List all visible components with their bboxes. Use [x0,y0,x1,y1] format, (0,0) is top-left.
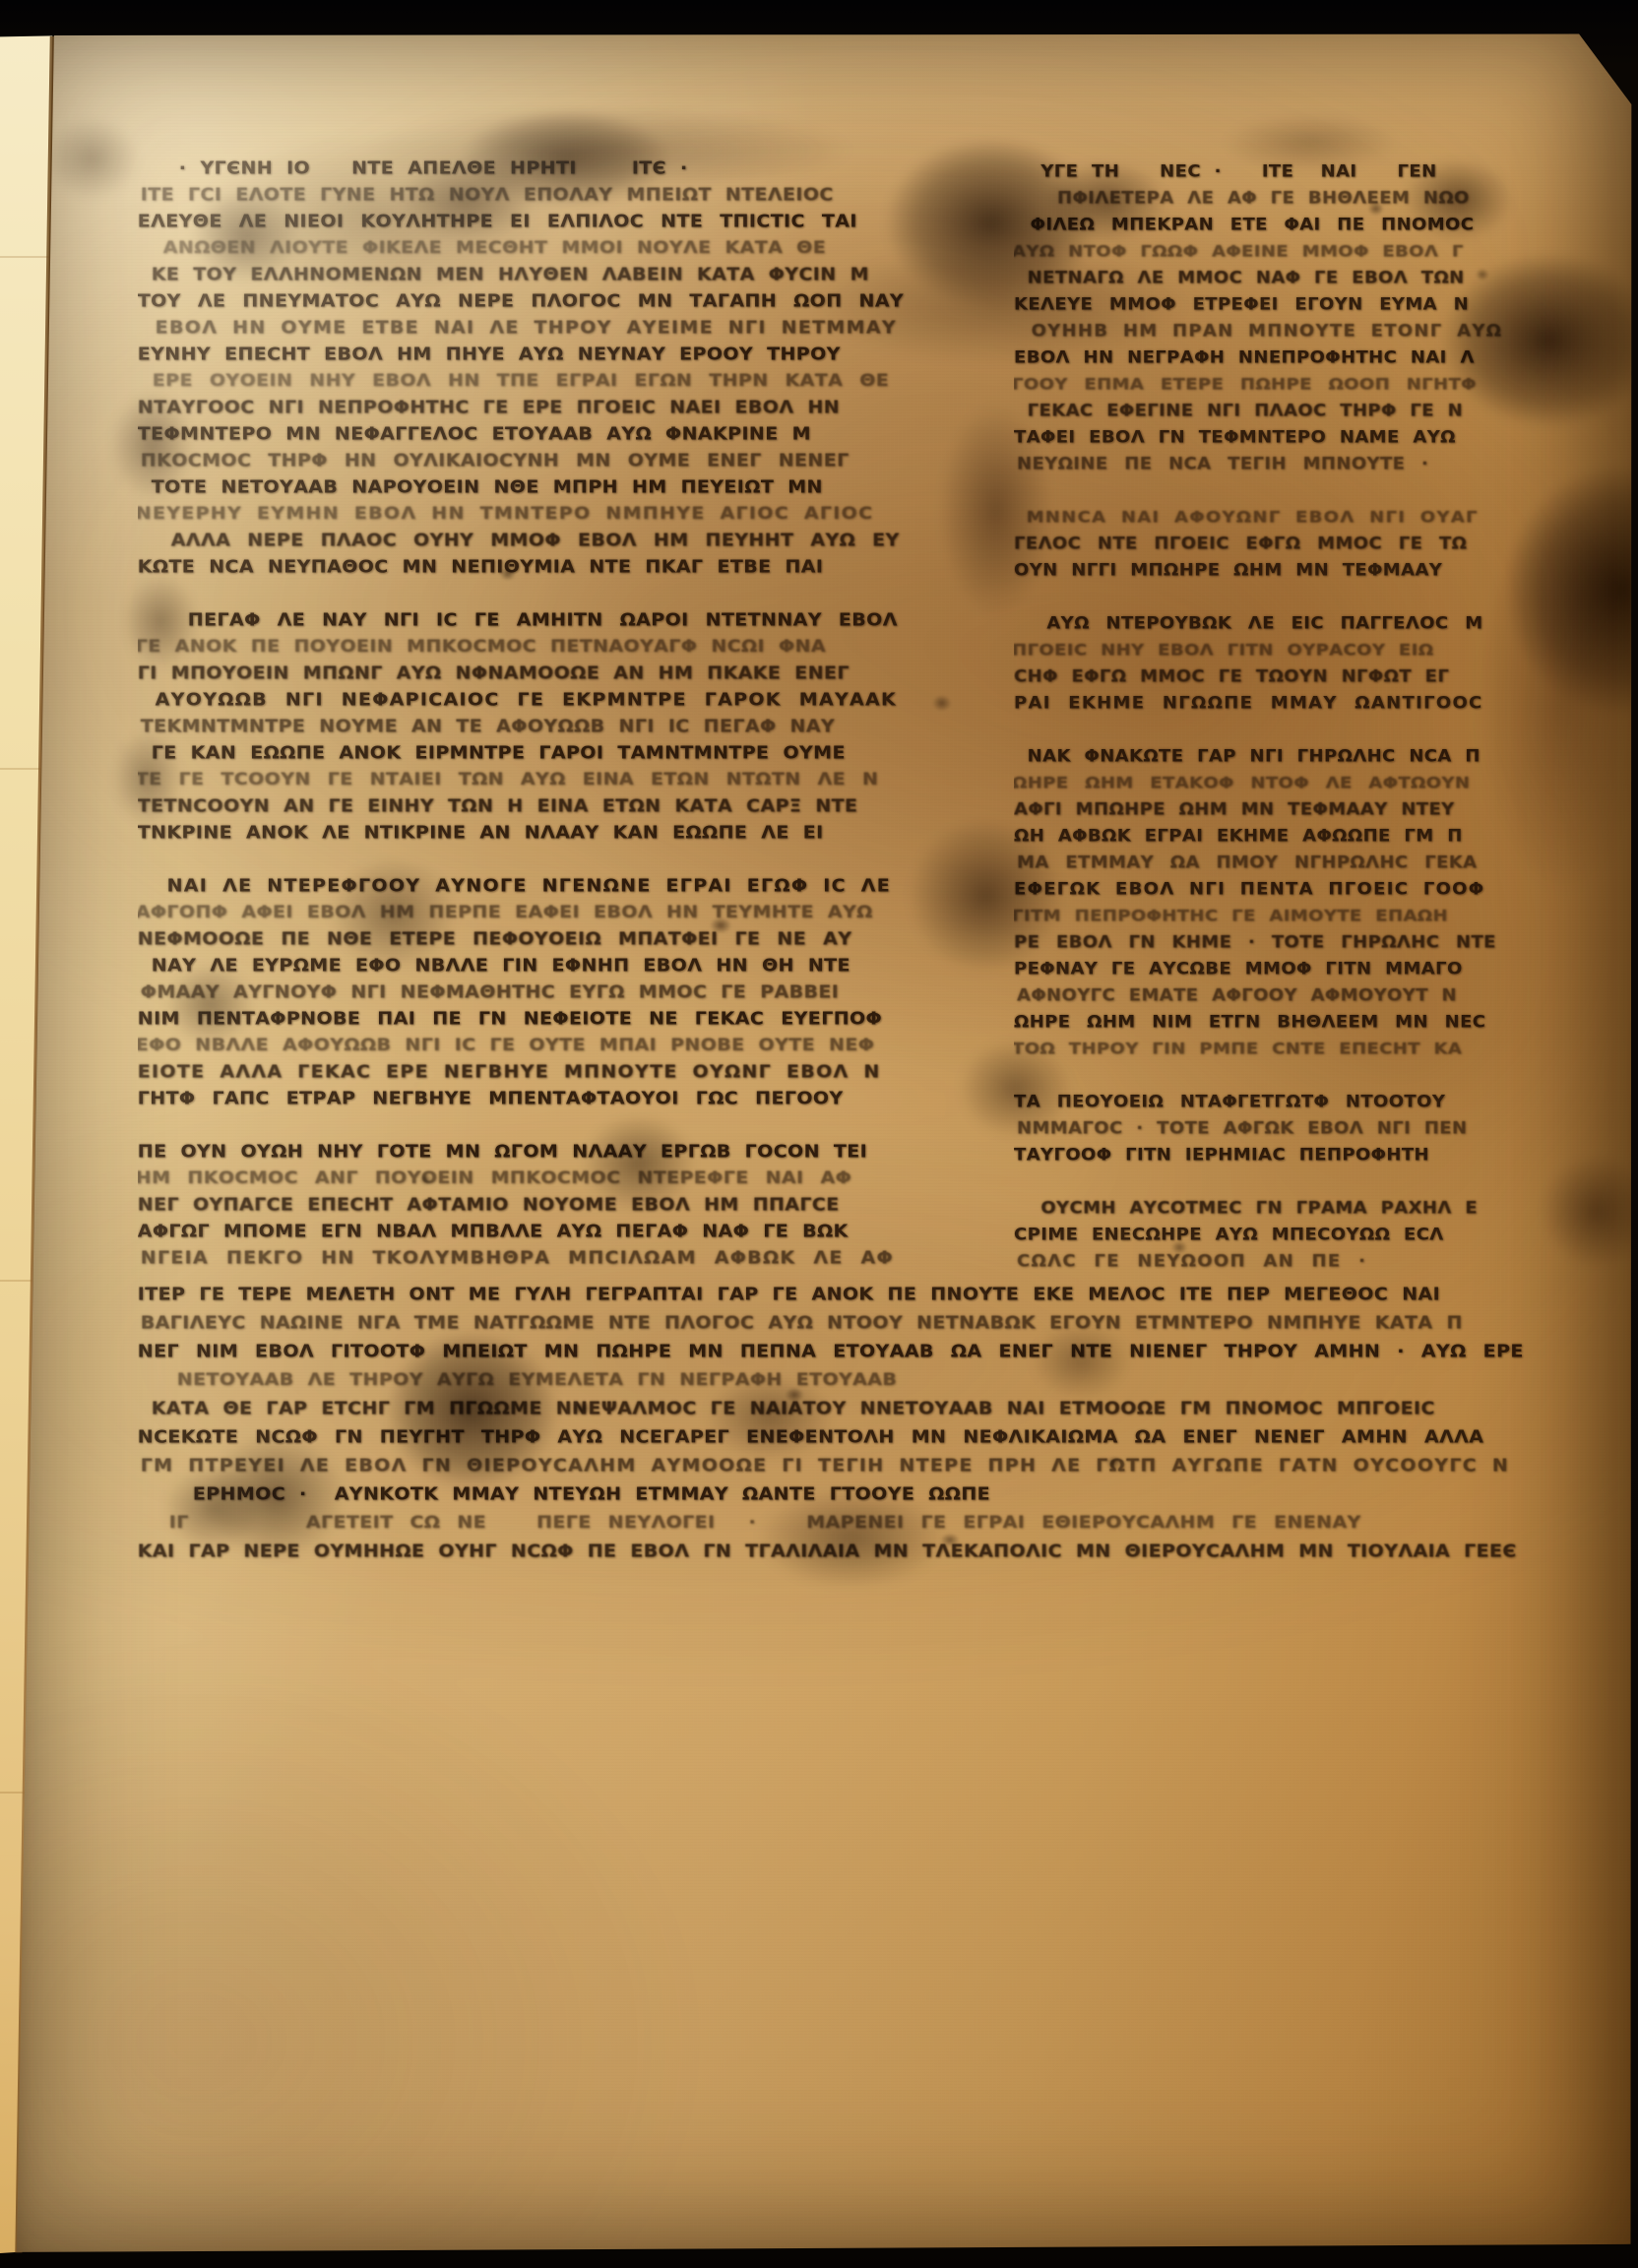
manuscript-text-line [1014,1065,1630,1090]
manuscript-text-line: ΝΕΤΟΥΑΑΒ ΛΕ ΤΗΡΟΥ ΑΥΓΩ ΕΥΜΕΛΕΤΑ ΓΝ ΝΕΓΡΑ… [138,1368,1630,1394]
manuscript-text-line: ΑΦΝΟΥΓC ΕΜΑΤΕ ΑΦΓΟΟΥ ΑΦΜΟΥΟΥΤ Ν [1017,985,1630,1010]
manuscript-text-line: ΝΜΜΑΓΟC · ΤΟΤΕ ΑΦΓΩΚ ΕΒΟΛ ΝΓΙ ΠΕΝ [1017,1118,1630,1143]
manuscript-text-line: ΚΑΤΑ ΘΕ ΓΑΡ ΕΤCΗΓ ΓΜ ΠΓΩΩΜΕ ΝΝΕΨΑΛΜΟC ΓΕ… [138,1397,1632,1423]
manuscript-text-line: ΤΟΩ ΤΗΡΟΥ ΓΙΝ ΡΜΠΕ CΝΤΕ ΕΠΕCΗΤ ΚΑ [1014,1039,1628,1062]
manuscript-text-line: ΝΑΥ ΛΕ ΕΥΡΩΜΕ ΕΦΟ ΝΒΛΛΕ ΓΙΝ ΕΦΝΗΠ ΕΒΟΛ Η… [138,955,986,979]
manuscript-text-line: ΟΥCΜΗ ΑΥCΟΤΜΕC ΓΝ ΓΡΑΜΑ ΡΑΧΗΛ Ε [1014,1198,1630,1223]
manuscript-text-line: ΦΜΑΑΥ ΑΥΓΝΟΥΦ ΝΓΙ ΝΕΦΜΑΘΗΤΗC ΕΥΓΩ ΜΜΟC Γ… [141,981,986,1006]
manuscript-text-line: ΟΥΗΗΒ ΗΜ ΠΡΑΝ ΜΠΝΟΥΤΕ ΕΤΟΝΓ ΑΥΩ [1017,321,1630,346]
manuscript-text-line: ΓΕ ΚΑΝ ΕΩΩΠΕ ΑΝΟΚ ΕΙΡΜΝΤΡΕ ΓΑΡΟΙ ΤΑΜΝΤΜΝ… [138,742,986,767]
manuscript-text-line: ΠΦΙΛΕΤΕΡΑ ΛΕ ΑΦ ΓΕ ΒΗΘΛΕΕΜ ΝΩΟ [1017,188,1630,213]
manuscript-text-line [1017,720,1630,744]
manuscript-text-line: ΤΑ ΠΕΟΥΟΕΙΩ ΝΤΑΦΓΕΤΓΩΤΦ ΝΤΟΟΤΟΥ [1014,1092,1630,1116]
manuscript-text-line: ΥΓΕ ΤΗ ΝΕC · ΙΤΕ ΝΑΙ ΓΕΝ [1014,161,1630,186]
manuscript-text-line: ΩΗΡΕ ΩΗΜ ΝΙΜ ΕΤΓΝ ΒΗΘΛΕΕΜ ΜΝ ΝΕC [1014,1012,1630,1037]
manuscript-text-line: ΑΥΩ ΝΤΟΦ ΓΩΩΦ ΑΦΕΙΝΕ ΜΜΟΦ ΕΒΟΛ Γ [1014,241,1628,265]
manuscript-text-line: ΓΙΤΜ ΠΕΠΡΟΦΗΤΗC ΓΕ ΑΙΜΟΥΤΕ ΕΠΑΩΗ [1014,906,1628,929]
manuscript-text-line: ΡΕΦΝΑΥ ΓΕ ΑΥCΩΒΕ ΜΜΟΦ ΓΙΤΝ ΜΜΑΓΟ [1014,959,1630,983]
manuscript-text-line: ΑΝΩΘΕΝ ΛΙΟΥΤΕ ΦΙΚΕΛΕ ΜΕCΘΗΤ ΜΜΟΙ ΝΟΥΛΕ Κ… [138,237,984,261]
manuscript-text-line: ΙΓ ΑΓΕΤΕΙΤ CΩ ΝΕ ΠΕΓΕ ΝΕΥΛΟΓΕΙ · ΜΑΡΕΝΕΙ… [138,1511,1630,1537]
manuscript-text-line: CΗΦ ΕΦΓΩ ΜΜΟC ΓΕ ΤΩΟΥΝ ΝΓΦΩΤ ΕΓ [1014,666,1630,691]
manuscript-text-line: ΝCΕΚΩΤΕ ΝCΩΦ ΓΝ ΠΕΥΓΗΤ ΤΗΡΦ ΑΥΩ ΝCΕΓΑΡΕΓ… [138,1425,1632,1452]
manuscript-text-line: ΡΕ ΕΒΟΛ ΓΝ ΚΗΜΕ · ΤΟΤΕ ΓΗΡΩΛΗC ΝΤΕ [1014,932,1630,957]
manuscript-text-line: ΝΕΤΝΑΓΩ ΛΕ ΜΜΟC ΝΑΦ ΓΕ ΕΒΟΛ ΤΩΝ [1014,268,1630,292]
manuscript-text-line: ΙΤΕΡ ΓΕ ΤΕΡΕ ΜΕΛΕΤΗ ΟΝΤ ΜΕ ΓΥΛΗ ΓΕΓΡΑΠΤΑ… [138,1283,1632,1309]
manuscript-text-line: ΑΦΓΟΠΦ ΑΦΕΙ ΕΒΟΛ ΗΜ ΠΕΡΠΕ ΕΑΦΕΙ ΕΒΟΛ ΗΝ … [138,902,984,925]
text-lower-block: ΙΤΕΡ ΓΕ ΤΕΡΕ ΜΕΛΕΤΗ ΟΝΤ ΜΕ ΓΥΛΗ ΓΕΓΡΑΠΤΑ… [138,1283,1632,1601]
manuscript-text-line: ΕΒΟΛ ΗΝ ΟΥΜΕ ΕΤΒΕ ΝΑΙ ΛΕ ΤΗΡΟΥ ΑΥΕΙΜΕ ΝΓ… [141,317,986,342]
manuscript-text-line: ΚΩΤΕ ΝCΑ ΝΕΥΠΑΘΟC ΜΝ ΝΕΠΙΘΥΜΙΑ ΝΤΕ ΠΚΑΓ … [138,556,986,581]
manuscript-text-line: ΝΕΓ ΟΥΠΑΓCΕ ΕΠΕCΗΤ ΑΦΤΑΜΙΟ ΝΟΥΟΜΕ ΕΒΟΛ Η… [138,1194,986,1219]
manuscript-text-line: ΩΗ ΑΦΒΩΚ ΕΓΡΑΙ ΕΚΗΜΕ ΑΦΩΩΠΕ ΓΜ Π [1014,826,1630,850]
manuscript-text-line: ΤΝΚΡΙΝΕ ΑΝΟΚ ΛΕ ΝΤΙΚΡΙΝΕ ΑΝ ΝΛΑΑΥ ΚΑΝ ΕΩ… [138,822,986,847]
manuscript-text-line: ΕΦΕΓΩΚ ΕΒΟΛ ΝΓΙ ΠΕΝΤΑ ΠΓΟΕΙC ΓΟΟΦ [1014,879,1630,904]
manuscript-text-line: ΚΕΛΕΥΕ ΜΜΟΦ ΕΤΡΕΦΕΙ ΕΓΟΥΝ ΕΥΜΑ Ν [1014,294,1630,319]
manuscript-text-line: ΓΕ ΑΝΟΚ ΠΕ ΠΟΥΟΕΙΝ ΜΠΚΟCΜΟC ΠΕΤΝΑΟΥΑΓΦ Ν… [138,636,984,660]
manuscript-text-line: ΜΝΝCΑ ΝΑΙ ΑΦΟΥΩΝΓ ΕΒΟΛ ΝΓΙ ΟΥΑΓ [1014,507,1628,531]
manuscript-text-line: ΤΕΚΜΝΤΜΝΤΡΕ ΝΟΥΜΕ ΑΝ ΤΕ ΑΦΟΥΩΩΒ ΝΓΙ ΙC Π… [141,716,986,740]
manuscript-text-line: ΝΑΚ ΦΝΑΚΩΤΕ ΓΑΡ ΝΓΙ ΓΗΡΩΛΗC ΝCΑ Π [1014,746,1630,771]
manuscript-text-line: ΕΡΗΜΟC · ΑΥΝΚΟΤΚ ΜΜΑΥ ΝΤΕΥΩΗ ΕΤΜΜΑΥ ΩΑΝΤ… [138,1482,1632,1509]
manuscript-text-line: ΤΕΤΝCΟΟΥΝ ΑΝ ΓΕ ΕΙΝΗΥ ΤΩΝ Η ΕΙΝΑ ΕΤΩΝ ΚΑ… [138,795,986,820]
manuscript-text-line: · ΥΓЄΝΗ ΙΟ ΝΤΕ ΑΠΕΛΘΕ ΗΡΗΤΙ ΙΤЄ · [138,157,986,182]
manuscript-text-line: ΓΙ ΜΠΟΥΟΕΙΝ ΜΠΩΝΓ ΑΥΩ ΝΦΝΑΜΟΟΩΕ ΑΝ ΗΜ ΠΚ… [138,662,986,687]
manuscript-text-line: ΕΦΟ ΝΒΛΛΕ ΑΦΟΥΩΩΒ ΝΓΙ ΙC ΓΕ ΟΥΤΕ ΜΠΑΙ ΡΝ… [138,1035,984,1058]
manuscript-text-line: ΝΙΜ ΠΕΝΤΑΦΡΝΟΒΕ ΠΑΙ ΠΕ ΓΝ ΝΕΦΕΙΟΤΕ ΝΕ ΓΕ… [138,1008,986,1033]
manuscript-text-line: ΕΥΝΗΥ ΕΠΕCΗΤ ΕΒΟΛ ΗΜ ΠΗΥΕ ΑΥΩ ΝΕΥΝΑΥ ΕΡΟ… [138,344,986,368]
manuscript-text-line: ΠΓΟΕΙC ΝΗΥ ΕΒΟΛ ΓΙΤΝ ΟΥΡΑCΟΥ ΕΙΩ [1014,640,1628,663]
manuscript-text-line: ΝΕΥΕΡΗΥ ΕΥΜΗΝ ΕΒΟΛ ΗΝ ΤΜΝΤΕΡΟ ΝΜΠΗΥΕ ΑΓΙ… [138,503,984,527]
manuscript-page: · ΥΓЄΝΗ ΙΟ ΝΤΕ ΑΠΕΛΘΕ ΗΡΗΤΙ ΙΤЄ ·ΙΤΕ ΓCΙ… [0,0,1638,2268]
photo-stage: · ΥΓЄΝΗ ΙΟ ΝΤΕ ΑΠΕΛΘΕ ΗΡΗΤΙ ΙΤЄ ·ΙΤΕ ΓCΙ… [0,0,1638,2268]
manuscript-text-line: ΜΑ ΕΤΜΜΑΥ ΩΑ ΠΜΟΥ ΝΓΗΡΩΛΗC ΓΕΚΑ [1017,852,1630,877]
manuscript-text-line: ΕΡΕ ΟΥΟΕΙΝ ΝΗΥ ΕΒΟΛ ΗΝ ΤΠΕ ΕΓΡΑΙ ΕΓΩΝ ΤΗ… [138,370,984,394]
manuscript-text-line: ΑΥΟΥΩΩΒ ΝΓΙ ΝΕΦΑΡΙCΑΙΟC ΓΕ ΕΚΡΜΝΤΡΕ ΓΑΡΟ… [138,689,986,714]
manuscript-text-line [1017,587,1630,611]
manuscript-text-line: CΩΛC ΓΕ ΝΕΥΩΟΟΠ ΑΝ ΠΕ · [1017,1251,1630,1276]
manuscript-text-line: ΑΦΓΙ ΜΠΩΗΡΕ ΩΗΜ ΜΝ ΤΕΦΜΑΑΥ ΝΤΕΥ [1014,799,1630,824]
manuscript-text-line [141,849,986,873]
manuscript-text-line: ΟΥΝ ΝΓΓΙ ΜΠΩΗΡΕ ΩΗΜ ΜΝ ΤΕΦΜΑΑΥ [1014,560,1630,585]
manuscript-text-line: ΦΙΛΕΩ ΜΠΕΚΡΑΝ ΕΤΕ ΦΑΙ ΠΕ ΠΝΟΜΟC [1014,215,1630,239]
manuscript-text-line: ΤΕ ΓΕ ΤCΟΟΥΝ ΓΕ ΝΤΑΙΕΙ ΤΩΝ ΑΥΩ ΕΙΝΑ ΕΤΩΝ… [138,769,984,792]
manuscript-text-line: ΚΑΙ ΓΑΡ ΝΕΡΕ ΟΥΜΗΗΩΕ ΟΥΗΓ ΝCΩΦ ΠΕ ΕΒΟΛ Γ… [138,1540,1632,1566]
manuscript-text-line: ΤΕΦΜΝΤΕΡΟ ΜΝ ΝΕΦΑΓΓΕΛΟC ΕΤΟΥΑΑΒ ΑΥΩ ΦΝΑΚ… [138,423,986,448]
manuscript-text-line [141,1114,986,1139]
manuscript-text-line: ΝΤΑΥΓΟΟC ΝΓΙ ΝΕΠΡΟΦΗΤΗC ΓΕ ΕΡΕ ΠΓΟΕΙC ΝΑ… [138,397,986,421]
manuscript-text-line: ΕΒΟΛ ΗΝ ΝΕΓΡΑΦΗ ΝΝΕΠΡΟΦΗΤΗC ΝΑΙ Λ [1014,347,1630,372]
manuscript-text-line: ΝΑΙ ΛΕ ΝΤΕΡΕΦΓΟΟΥ ΑΥΝΟΓΕ ΝΓΕΝΩΝΕ ΕΓΡΑΙ Ε… [138,875,986,900]
manuscript-text-line: ΠΕΓΑΦ ΛΕ ΝΑΥ ΝΓΙ ΙC ΓΕ ΑΜΗΙΤΝ ΩΑΡΟΙ ΝΤΕΤ… [138,609,986,634]
manuscript-text-line: ΙΤΕ ΓCΙ ΕΛΟΤΕ ΓΥΝΕ ΗΤΩ ΝΟΥΛ ΕΠΟΛΑΥ ΜΠΕΙΩ… [141,184,986,209]
manuscript-text-line: ΤΑΥΓΟΟΦ ΓΙΤΝ ΙΕΡΗΜΙΑC ΠΕΠΡΟΦΗΤΗ [1014,1145,1630,1169]
manuscript-text-line: ΝΕΦΜΟΟΩΕ ΠΕ ΝΘΕ ΕΤΕΡΕ ΠΕΦΟΥΟΕΙΩ ΜΠΑΤΦΕΙ … [138,928,986,953]
text-left-column: · ΥΓЄΝΗ ΙΟ ΝΤΕ ΑΠΕΛΘΕ ΗΡΗΤΙ ΙΤЄ ·ΙΤΕ ΓCΙ… [138,157,986,1291]
manuscript-text-line: ΡΑΙ ΕΚΗΜΕ ΝΓΩΩΠΕ ΜΜΑΥ ΩΑΝΤΙΓΟΟC [1014,693,1630,718]
manuscript-text-line: ΤΑΦΕΙ ΕΒΟΛ ΓΝ ΤΕΦΜΝΤΕΡΟ ΝΑΜΕ ΑΥΩ [1014,427,1630,452]
manuscript-text-line: ΓΕΚΑC ΕΦΕΓΙΝΕ ΝΓΙ ΠΛΑΟC ΤΗΡΦ ΓΕ Ν [1014,401,1630,425]
manuscript-text-line: ΒΑΓΙΛΕΥC ΝΑΩΙΝΕ ΝΓΑ ΤΜΕ ΝΑΤΓΩΩΜΕ ΝΤΕ ΠΛΟ… [141,1311,1632,1338]
manuscript-text-line: ΕΙΟΤΕ ΑΛΛΑ ΓΕΚΑC ΕΡΕ ΝΕΓΒΗΥΕ ΜΠΝΟΥΤΕ ΟΥΩ… [138,1061,986,1086]
manuscript-text-line: ΓΗΤΦ ΓΑΠC ΕΤΡΑΡ ΝΕΓΒΗΥΕ ΜΠΕΝΤΑΦΤΑΟΥΟΙ ΓΩ… [138,1088,986,1112]
manuscript-text-line: ΠΕ ΟΥΝ ΟΥΩΗ ΝΗΥ ΓΟΤΕ ΜΝ ΩΓΟΜ ΝΛΑΑΥ ΕΡΓΩΒ… [138,1141,986,1165]
manuscript-text-line: ΩΗΡΕ ΩΗΜ ΕΤΑΚΟΦ ΝΤΟΦ ΛΕ ΑΦΤΩΟΥΝ [1014,773,1628,796]
manuscript-text-line: ΕΛΕΥΘΕ ΛΕ ΝΙΕΟΙ ΚΟΥΛΗΤΗΡΕ ΕΙ ΕΛΠΙΛΟC ΝΤΕ… [138,211,986,235]
manuscript-text-line: ΓΕΛΟC ΝΤΕ ΠΓΟΕΙC ΕΦΓΩ ΜΜΟC ΓΕ ΤΩ [1014,534,1630,558]
manuscript-text-line: ΤΟΤΕ ΝΕΤΟΥΑΑΒ ΝΑΡΟΥΟΕΙΝ ΝΘΕ ΜΠΡΗ ΗΜ ΠΕΥΕ… [138,476,986,501]
manuscript-text-line: ΗΜ ΠΚΟCΜΟC ΑΝΓ ΠΟΥΟΕΙΝ ΜΠΚΟCΜΟC ΝΤΕΡΕΦΓΕ… [138,1167,984,1191]
manuscript-text-line: ΝΕΓ ΝΙΜ ΕΒΟΛ ΓΙΤΟΟΤΦ ΜΠΕΙΩΤ ΜΝ ΠΩΗΡΕ ΜΝ … [138,1340,1632,1366]
manuscript-text-line [1014,480,1630,505]
manuscript-text-line: ΑΥΩ ΝΤΕΡΟΥΒΩΚ ΛΕ ΕΙC ΠΑΓΓΕΛΟC Μ [1014,613,1630,638]
manuscript-text-line: ΤΟΥ ΛΕ ΠΝΕΥΜΑΤΟC ΑΥΩ ΝΕΡΕ ΠΛΟΓΟC ΜΝ ΤΑΓΑ… [138,290,986,315]
text-right-column: ΥΓΕ ΤΗ ΝΕC · ΙΤΕ ΝΑΙ ΓΕΝ ΠΦΙΛΕΤΕΡΑ ΛΕ ΑΦ… [1014,161,1630,1295]
manuscript-text-line: ΝΓΕΙΑ ΠΕΚΓΟ ΗΝ ΤΚΟΛΥΜΒΗΘΡΑ ΜΠCΙΛΩΑΜ ΑΦΒΩ… [141,1247,986,1272]
manuscript-text-line: ΠΚΟCΜΟC ΤΗΡΦ ΗΝ ΟΥΛΙΚΑΙΟCΥΝΗ ΜΝ ΟΥΜΕ ΕΝΕ… [141,450,986,474]
manuscript-text-line: ΚΕ ΤΟΥ ΕΛΛΗΝΟΜΕΝΩΝ ΜΕΝ ΗΛΥΘΕΝ ΛΑΒΕΙΝ ΚΑΤ… [138,264,986,288]
manuscript-text-line: CΡΙΜΕ ΕΝΕCΩΗΡΕ ΑΥΩ ΜΠΕCΟΥΩΩ ΕCΛ [1014,1225,1630,1249]
manuscript-text-line: ΓΟΟΥ ΕΠΜΑ ΕΤΕΡΕ ΠΩΗΡΕ ΩΟΟΠ ΝΓΗΤΦ [1014,374,1628,398]
manuscript-text-line: ΑΦΓΩΓ ΜΠΟΜΕ ΕΓΝ ΝΒΑΛ ΜΠΒΛΛΕ ΑΥΩ ΠΕΓΑΦ ΝΑ… [138,1221,986,1245]
manuscript-text-line: ΑΛΛΑ ΝΕΡΕ ΠΛΑΟC ΟΥΗΥ ΜΜΟΦ ΕΒΟΛ ΗΜ ΠΕΥΗΗΤ… [138,530,986,554]
manuscript-text-line [1014,1171,1628,1195]
manuscript-text-line [141,583,986,607]
manuscript-text-line: ΓΜ ΠΤΡΕΥΕΙ ΛΕ ΕΒΟΛ ΓΝ ΘΙΕΡΟΥCΑΛΗΜ ΑΥΜΟΟΩ… [141,1454,1632,1480]
manuscript-text-line: ΝΕΥΩΙΝΕ ΠΕ ΝCΑ ΤΕΓΙΗ ΜΠΝΟΥΤΕ · [1017,454,1630,478]
